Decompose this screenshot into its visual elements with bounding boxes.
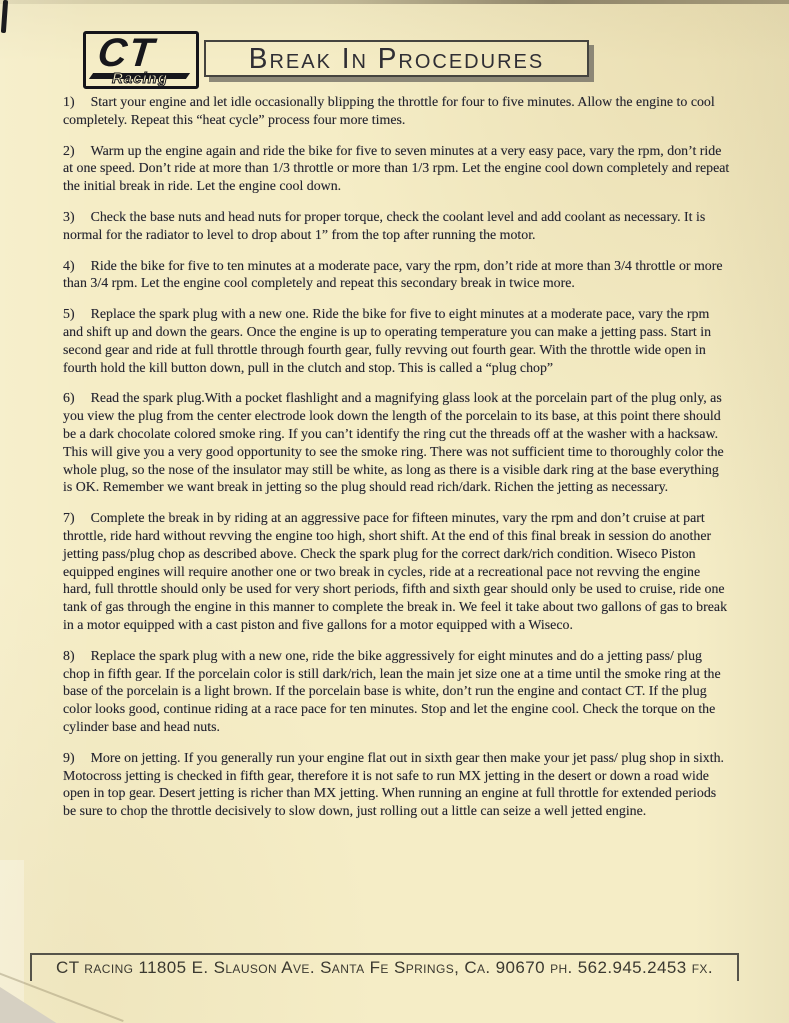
logo-ct-text: CT [96, 32, 158, 74]
procedure-list: 1)Start your engine and let idle occasio… [63, 94, 731, 834]
step-text: Start your engine and let idle occasiona… [63, 95, 715, 128]
step-number: 9) [63, 751, 75, 766]
step-number: 1) [63, 95, 75, 110]
ct-racing-logo: CT Racing [83, 31, 199, 89]
procedure-step-2: 2)Warm up the engine again and ride the … [63, 143, 731, 196]
step-text: Replace the spark plug with a new one. R… [63, 307, 711, 375]
procedure-step-7: 7)Complete the break in by riding at an … [63, 510, 731, 635]
procedure-step-4: 4)Ride the bike for five to ten minutes … [63, 258, 731, 294]
step-number: 8) [63, 649, 75, 664]
procedure-step-3: 3)Check the base nuts and head nuts for … [63, 209, 731, 245]
document-title: Break In Procedures [249, 42, 544, 75]
procedure-step-9: 9)More on jetting. If you generally run … [63, 750, 731, 821]
procedure-step-5: 5)Replace the spark plug with a new one.… [63, 306, 731, 377]
step-text: Warm up the engine again and ride the bi… [63, 144, 729, 195]
step-text: Complete the break in by riding at an ag… [63, 511, 727, 633]
scanned-document-page: CT Racing Break In Procedures 1)Start yo… [0, 0, 789, 1023]
step-number: 7) [63, 511, 75, 526]
step-text: Ride the bike for five to ten minutes at… [63, 259, 723, 292]
step-number: 6) [63, 391, 75, 406]
logo-racing-text: Racing [86, 70, 194, 87]
step-number: 5) [63, 307, 75, 322]
footer: CT racing 11805 E. Slauson Ave. Santa Fe… [30, 953, 739, 981]
footer-address: CT racing 11805 E. Slauson Ave. Santa Fe… [56, 958, 713, 978]
step-number: 2) [63, 144, 75, 159]
step-text: Read the spark plug.With a pocket flashl… [63, 391, 724, 495]
procedure-step-1: 1)Start your engine and let idle occasio… [63, 94, 731, 130]
step-text: More on jetting. If you generally run yo… [63, 751, 724, 819]
procedure-step-8: 8)Replace the spark plug with a new one,… [63, 648, 731, 737]
scan-ink-mark [1, 0, 8, 33]
procedure-step-6: 6)Read the spark plug.With a pocket flas… [63, 390, 731, 497]
step-text: Check the base nuts and head nuts for pr… [63, 210, 705, 243]
title-box: Break In Procedures [204, 40, 589, 77]
scan-edge-shadow [0, 0, 789, 4]
step-text: Replace the spark plug with a new one, r… [63, 649, 721, 735]
step-number: 3) [63, 210, 75, 225]
step-number: 4) [63, 259, 75, 274]
